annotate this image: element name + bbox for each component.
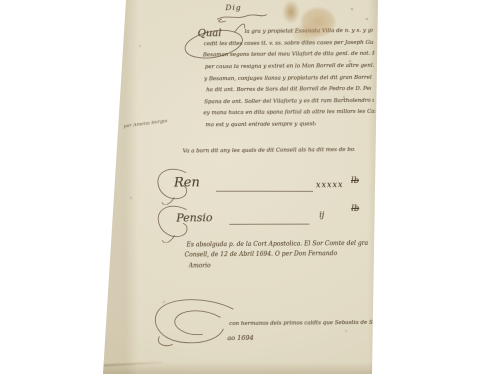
- body-line: ey mana huica en dita spana fortial ab a…: [203, 109, 375, 117]
- docket-year-text: ao 1694: [227, 334, 253, 342]
- body-line: y Besaman, conjuges llansa y propietaris…: [204, 75, 372, 82]
- docket-year: ao 1694: [227, 334, 253, 342]
- body-line: ma est y quant entrade sempre y questes …: [205, 121, 315, 128]
- body-line: per causa la resigna y extret en lo Mon …: [205, 63, 375, 70]
- account-row-value: xxxxx: [316, 180, 344, 189]
- manuscript-paper-sheet: Dig Qual la gra y propietat Essanota Vil…: [100, 0, 380, 374]
- body-line: ha dit ant. Borres de Sors del dit Borre…: [206, 86, 371, 93]
- opening-word: Qual: [198, 28, 222, 39]
- account-row-unit: lb: [351, 204, 359, 214]
- account-row-label: Ren: [174, 175, 200, 190]
- settlement-line: Consell, de 12 de Abril 1694. O per Don …: [185, 250, 365, 259]
- account-row-label: Pensio: [176, 211, 212, 224]
- body-line: Spana de ant. Soller del Vilaforta y es …: [204, 98, 374, 105]
- docket-line: con hermanos dels primos caldts que Seba…: [229, 320, 381, 327]
- body-line: la gra y propietat Essanota Villa de n. …: [245, 28, 373, 35]
- body-line: cedit les dites coses tt. v. ss. sobre d…: [204, 40, 374, 47]
- account-row-unit: lb: [351, 176, 359, 186]
- summary-line: Va a born dit any les quals de dit Conse…: [183, 147, 355, 155]
- body-line: Besaman segons tenor del meu Vilafort de…: [203, 51, 375, 59]
- settlement-line: Amorio: [189, 262, 249, 270]
- marginal-note: per Amelia Borguesa: [123, 119, 167, 130]
- account-row-value: ij: [319, 210, 324, 219]
- account-row-rule: [229, 224, 309, 225]
- screenshot-canvas: Dig Qual la gra y propietat Essanota Vil…: [0, 0, 500, 374]
- manuscript-content: Dig Qual la gra y propietat Essanota Vil…: [98, 0, 381, 374]
- account-row-rule: [216, 191, 313, 192]
- settlement-line: Es absolguda p. de la Cort Apostolica. E…: [186, 240, 368, 249]
